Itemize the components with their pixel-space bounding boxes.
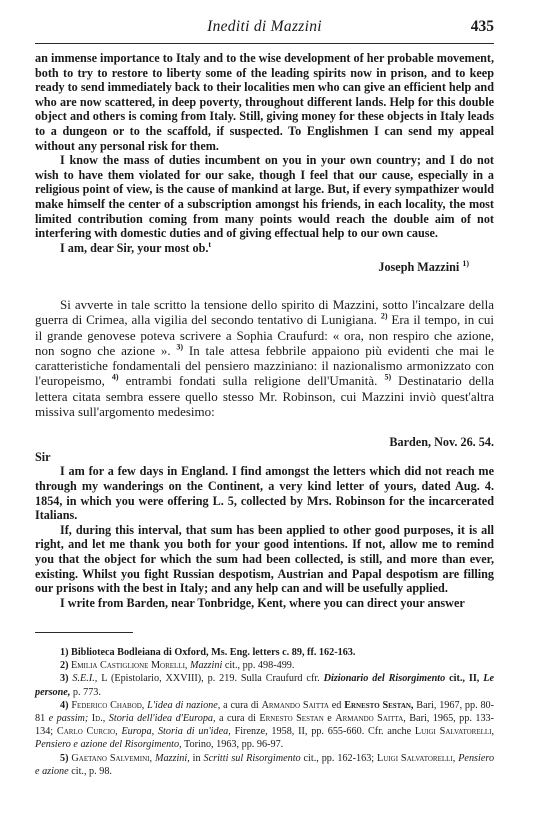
letter2-date-line: Barden, Nov. 26. 54. <box>35 435 494 450</box>
letter1-closing: I am, dear Sir, your most ob.t <box>35 241 494 256</box>
footnote-divider <box>35 632 133 633</box>
letter1-signature: Joseph Mazzini 1) <box>35 260 494 275</box>
footnote-2: 2) Emilia Castiglione Morelli, Mazzini c… <box>35 659 494 672</box>
footnote-ref-4[interactable]: 4) <box>112 373 119 382</box>
running-title: Inediti di Mazzini <box>35 18 494 36</box>
letter1-paragraph-2: I know the mass of duties incumbent on y… <box>35 153 494 241</box>
letter2-salutation: Sir <box>35 450 494 465</box>
commentary-paragraph: Si avverte in tale scritto la tensione d… <box>35 297 494 419</box>
letter2-paragraph-1: I am for a few days in England. I find a… <box>35 464 494 522</box>
body-text: an immense importance to Italy and to th… <box>35 51 494 610</box>
footnote-1: 1) Biblioteca Bodleiana di Oxford, Ms. E… <box>35 646 494 659</box>
letter1-paragraph-1: an immense importance to Italy and to th… <box>35 51 494 153</box>
footnotes: 1) Biblioteca Bodleiana di Oxford, Ms. E… <box>35 646 494 778</box>
footnote-3: 3) S.E.I., L (Epistolario, XXVIII), p. 2… <box>35 672 494 698</box>
running-head: Inediti di Mazzini 435 <box>35 15 494 44</box>
letter2-paragraph-2: If, during this interval, that sum has b… <box>35 523 494 596</box>
page-number: 435 <box>471 18 494 36</box>
footnote-ref-2[interactable]: 2) <box>381 312 388 321</box>
footnote-ref-1[interactable]: 1) <box>462 259 469 268</box>
footnote-4: 4) Federico Chabod, L'idea di nazione, a… <box>35 699 494 752</box>
letter2-paragraph-3: I write from Barden, near Tonbridge, Ken… <box>35 596 494 611</box>
footnote-5: 5) Gaetano Salvemini, Mazzini, in Scritt… <box>35 752 494 778</box>
